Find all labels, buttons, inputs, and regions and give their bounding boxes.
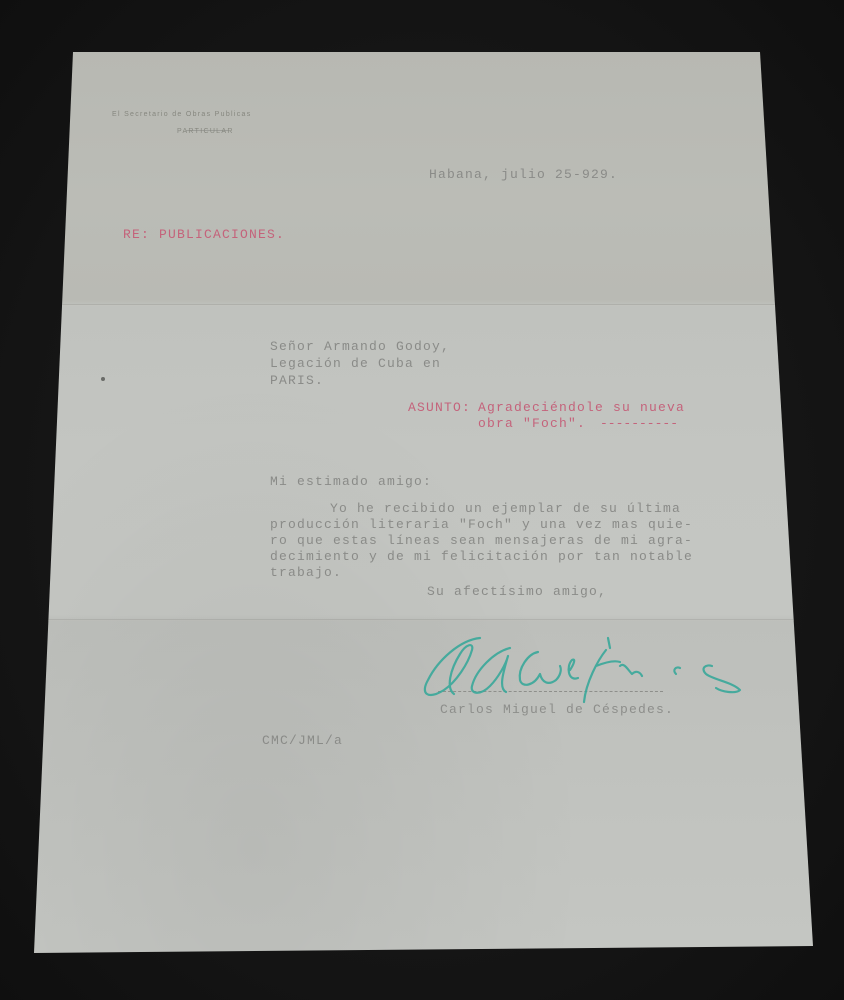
subject-line-2: obra "Foch". [478,416,586,431]
body-line-2: producción literaria "Foch" y una vez ma… [270,517,693,532]
salutation: Mi estimado amigo: [270,474,432,489]
closing: Su afectísimo amigo, [427,584,607,599]
signatory-name: Carlos Miguel de Céspedes. [440,702,674,717]
letterhead-office: El Secretario de Obras Publicas [112,111,252,118]
place-date: Habana, julio 25-929. [429,167,618,182]
reference-initials: CMC/JML/a [262,733,343,748]
body-line-5: trabajo. [270,565,342,580]
subject-label: ASUNTO: [408,400,471,415]
subject-line-1: Agradeciéndole su nueva [478,400,685,415]
body-line-3: ro que estas líneas sean mensajeras de m… [270,533,693,548]
addressee-line-2: Legación de Cuba en [270,356,441,371]
addressee-line-3: PARIS. [270,373,324,388]
ink-spot [101,377,105,381]
reference-line: RE: PUBLICACIONES. [123,227,285,242]
paper-shading [0,0,844,1000]
letterhead-subline: PARTICULAR [177,128,234,135]
addressee-line-1: Señor Armando Godoy, [270,339,450,354]
letter-page: El Secretario de Obras Publicas PARTICUL… [0,0,844,1000]
body-line-4: decimiento y de mi felicitación por tan … [270,549,693,564]
subject-dashes: ---------- [600,416,678,431]
body-line-1: Yo he recibido un ejemplar de su última [330,501,681,516]
